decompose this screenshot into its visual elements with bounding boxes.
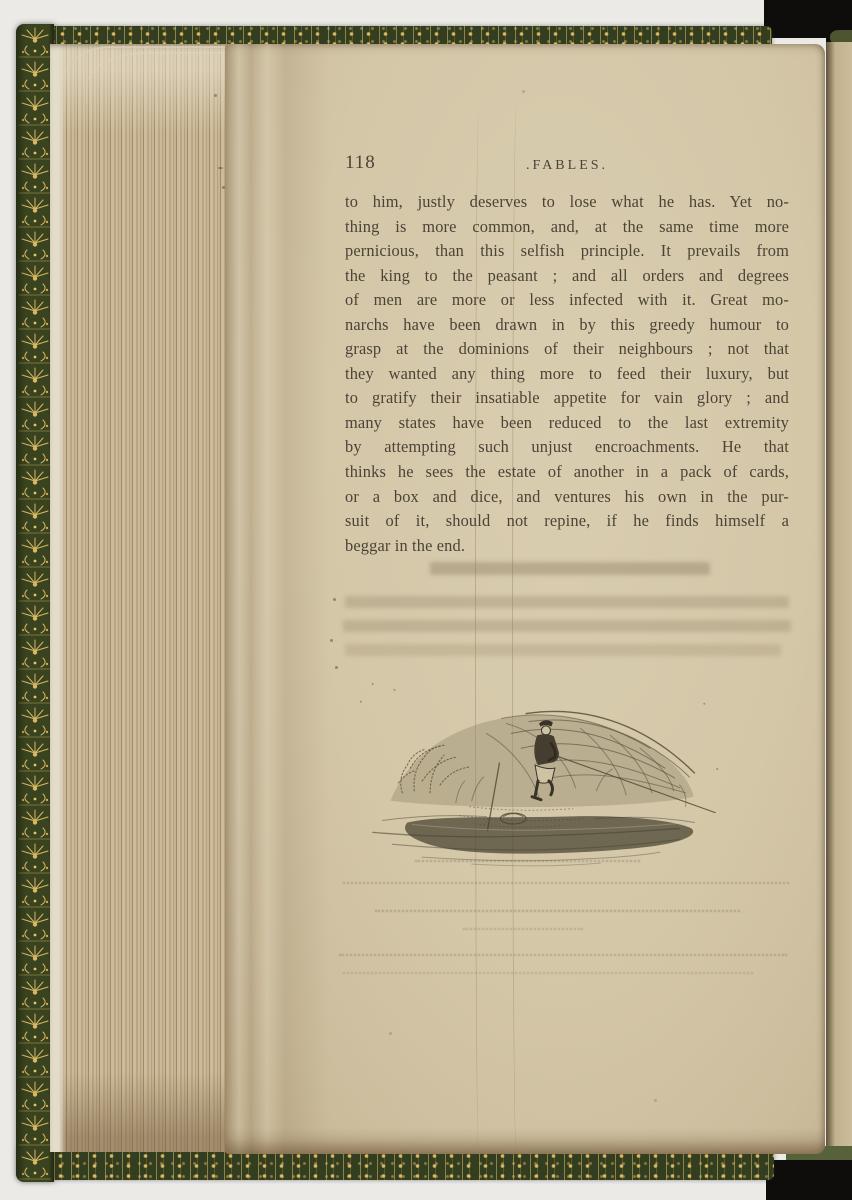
text-line: grasp at the dominions of their neighbou… (345, 337, 789, 362)
ink-bleedthrough-dots (375, 910, 740, 912)
ink-bleedthrough-dots (463, 928, 583, 930)
text-line: narchs have been drawn in by this greedy… (345, 313, 789, 338)
text-line: suit of it, should not repine, if he fin… (345, 509, 789, 534)
ink-bleedthrough-line (345, 644, 781, 656)
backdrop-shadow-bottom-right (766, 1160, 852, 1200)
ink-bleedthrough-line (343, 620, 791, 632)
gold-tooling-pattern (16, 24, 54, 1182)
foxing-speck (522, 90, 525, 93)
fisherman-vignette-illustration (351, 674, 731, 872)
ink-bleedthrough-dots (343, 972, 753, 974)
foxing-speck (335, 666, 338, 669)
ink-bleedthrough-line (345, 596, 789, 608)
foxing-speck (214, 94, 217, 97)
text-line: thing is more common, and, at the same t… (345, 215, 789, 240)
foxing-speck (218, 167, 223, 169)
ink-bleedthrough-dots (343, 882, 789, 884)
text-line: pernicious, than this selfish principle.… (345, 239, 789, 264)
foxing-speck (654, 1099, 657, 1102)
foxing-speck (330, 639, 333, 642)
text-line: of men are more or less infected with it… (345, 288, 789, 313)
text-line: to gratify their insatiable appetite for… (345, 386, 789, 411)
foxing-speck (333, 598, 336, 601)
gilt-spine-edge (16, 24, 54, 1182)
running-header: .FABLES. (345, 158, 789, 174)
text-line: beggar in the end. (345, 534, 789, 559)
scanned-book-page-photo: 118 .FABLES. to him, justly deserves to … (0, 0, 852, 1200)
text-line: or a box and dice, and ventures his own … (345, 485, 789, 510)
text-line: thinks he sees the estate of another in … (345, 460, 789, 485)
facing-page-edge (826, 42, 852, 1158)
text-line: they wanted any thing more to feed their… (345, 362, 789, 387)
gilt-cover-edge-top (20, 26, 772, 46)
foxing-speck (389, 1032, 392, 1035)
text-line: to him, justly deserves to lose what he … (345, 190, 789, 215)
ink-bleedthrough-heading (430, 562, 710, 575)
book-page: 118 .FABLES. to him, justly deserves to … (225, 44, 825, 1154)
ink-bleedthrough-dots (339, 954, 787, 956)
ink-bleedthrough-dots (415, 860, 640, 862)
body-paragraph: to him, justly deserves to lose what he … (345, 190, 789, 558)
foxing-speck (222, 186, 225, 189)
text-line: the king to the peasant ; and all orders… (345, 264, 789, 289)
text-line: by attempting such unjust encroachments.… (345, 435, 789, 460)
text-line: many states have been reduced to the las… (345, 411, 789, 436)
